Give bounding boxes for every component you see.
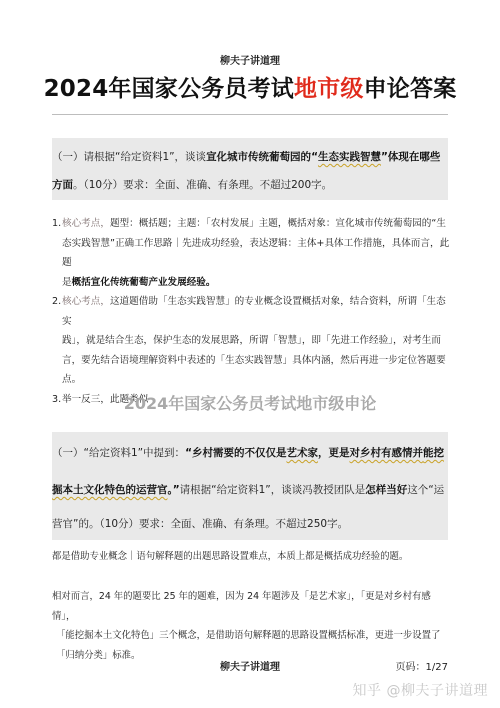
- q1-bold-subject: 宣化城市传统葡萄园的: [206, 151, 311, 163]
- q1-bold-tail: 体现在哪些: [388, 151, 441, 163]
- commentary-paragraph-1: 都是借助专业概念｜语句解释题的出题思路设置难点，本质上都是概括成功经验的题。: [52, 547, 452, 567]
- item-text: 言，要先结合语境理解资料中表述的「生态实践智慧」具体内涵，然后再进一步定位答题要: [62, 351, 452, 371]
- q1-bold-fangmian: 方面: [52, 179, 73, 191]
- analysis-list: 1. 核心考点，题型：概括题；主题：「农村发展」主题，概括对象：宣化城市传统葡萄…: [52, 214, 452, 409]
- question-2-line-1: （一）“给定资料1”中提到：“乡村需要的不仅仅是艺术家，更是对乡村有感情并能挖: [52, 445, 444, 460]
- question-2-line-3: 营官”的。（10分）要求：全面、准确、有条理。不超过250字。: [52, 516, 348, 531]
- question-2-line-2: 掘本土文化特色的运营官。”请根据“给定资料1”，谈谈冯教授团队是怎样当好这个“运: [52, 482, 444, 497]
- item-number: 2.: [52, 292, 61, 312]
- item-text: 是: [62, 277, 72, 288]
- q2-text: 这个“运: [407, 484, 444, 496]
- analysis-item-1: 1. 核心考点，题型：概括题；主题：「农村发展」主题，概括对象：宣化城市传统葡萄…: [52, 214, 452, 292]
- q1-text: （一）请根据“给定资料1”，谈谈: [52, 151, 206, 163]
- item-text: 践」，就是结合生态，保护生态的发展思路，所谓「智慧」，即「先进工作经验」，对考生…: [62, 331, 452, 351]
- para-line: 「能挖掘本土文化特色」三个概念，是借助语句解释题的思路设置概括标准，更进一步设置…: [52, 626, 452, 646]
- q2-how: 怎样当好: [365, 484, 407, 496]
- header-author: 柳夫子讲道理: [0, 52, 500, 67]
- question-1-line-2: 方面。（10分）要求：全面、准确、有条理。不超过200字。: [52, 177, 332, 192]
- watermark: 知乎 @柳夫子讲道理: [353, 680, 488, 700]
- question-1-line-1: （一）请根据“给定资料1”，谈谈宣化城市传统葡萄园的“生态实践智慧”体现在哪些: [52, 149, 440, 164]
- item-text: 这道题借助「生态实践智慧」的专业概念设置概括对象，结合资料，所谓「生态实: [62, 296, 446, 327]
- q2-text: （一）“给定资料1”中提到：: [52, 447, 185, 459]
- question-1-box: （一）请根据“给定资料1”，谈谈宣化城市传统葡萄园的“生态实践智慧”体现在哪些 …: [52, 138, 448, 200]
- item-text: 态实践智慧”正确工作思路｜先进成功经验，表达逻辑：主体+具体工作措施，具体而言，…: [62, 234, 452, 273]
- q2-quote-bold: ，更是: [318, 447, 350, 459]
- item-number: 1.: [52, 214, 61, 234]
- q2-text: 请根据“给定资料1”，谈谈冯教授团队是: [180, 484, 366, 496]
- question-2-box: （一）“给定资料1”中提到：“乡村需要的不仅仅是艺术家，更是对乡村有感情并能挖 …: [52, 432, 448, 540]
- q2-dig: 能挖: [423, 447, 444, 459]
- q2-artist: 艺术家: [286, 447, 318, 459]
- para-line: 相对而言，24 年的题要比 25 年的题难，因为 24 年题涉及「是艺术家」，「…: [52, 587, 452, 626]
- core-point-label: 核心考点，: [62, 218, 110, 229]
- item-text: 题型：概括题；主题：「农村发展」主题，概括对象：宣化城市传统葡萄园的“生: [110, 218, 446, 229]
- title-prefix: 2024年国家公务员考试: [44, 76, 294, 102]
- q1-quote-open: “: [311, 151, 318, 163]
- q1-requirements: 。（10分）要求：全面、准确、有条理。不超过200字。: [73, 179, 332, 191]
- item-text: 点。: [62, 370, 452, 390]
- q2-quote-bold: “乡村需要的不仅仅是: [185, 447, 286, 459]
- q2-feeling: 对乡村有感情并: [349, 447, 423, 459]
- page-title: 2024年国家公务员考试地市级申论答案: [0, 70, 500, 103]
- page-number: 页码：1/27: [396, 658, 448, 673]
- item-bold-conclusion: 概括宣化传统葡萄产业发展经验。: [72, 277, 216, 288]
- q2-quote-close: 。”: [168, 484, 180, 496]
- title-divider: [52, 114, 448, 115]
- q2-operator: 掘本土文化特色的运营官: [52, 484, 168, 496]
- title-suffix: 申论答案: [364, 76, 457, 102]
- q1-key-concept: 生态实践智慧: [318, 151, 381, 163]
- core-point-label: 核心考点，: [62, 296, 110, 307]
- q1-quote-close: ”: [381, 151, 388, 163]
- section-subtitle: 2024年国家公务员考试地市级申论: [0, 391, 500, 414]
- analysis-item-2: 2. 核心考点，这道题借助「生态实践智慧」的专业概念设置概括对象，结合资料，所谓…: [52, 292, 452, 390]
- q2-requirements: 营官”的。（10分）要求：全面、准确、有条理。不超过250字。: [52, 518, 348, 530]
- title-highlight: 地市级: [294, 76, 364, 102]
- commentary-paragraph-2: 相对而言，24 年的题要比 25 年的题难，因为 24 年题涉及「是艺术家」，「…: [52, 587, 452, 665]
